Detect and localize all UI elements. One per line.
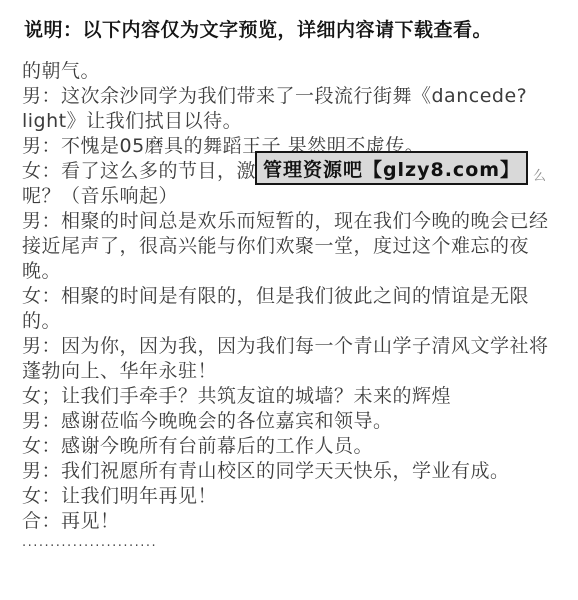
dialogue-line-female: 女：感谢今晚所有台前幕后的工作人员。 (22, 434, 562, 459)
text-line: 呢？（音乐响起） (22, 184, 562, 209)
text-line: 接近尾声了，很高兴能与你们欢聚一堂，度过这个难忘的夜 (22, 234, 562, 259)
watermark-text: 管理资源吧【glzy8.com】 (263, 155, 520, 182)
document-body: 的朝气。 男：这次余沙同学为我们带来了一段流行街舞《dancede? light… (22, 59, 562, 559)
dialogue-line-male: 男：我们祝愿所有青山校区的同学天天快乐，学业有成。 (22, 459, 562, 484)
text-line: light》让我们拭目以待。 (22, 109, 562, 134)
text-line: 的。 (22, 309, 562, 334)
preview-notice: 说明：以下内容仅为文字预览，详细内容请下载查看。 (24, 18, 492, 42)
dialogue-line-both: 合：再见！ (22, 509, 562, 534)
text-line: 蓬勃向上、华年永驻！ (22, 359, 562, 384)
text-line: 晚。 (22, 259, 562, 284)
document-preview-page: 说明：以下内容仅为文字预览，详细内容请下载查看。 的朝气。 男：这次余沙同学为我… (0, 0, 578, 600)
text-line: 的朝气。 (22, 59, 562, 84)
dialogue-line-male: 男：这次余沙同学为我们带来了一段流行街舞《dancede? (22, 84, 562, 109)
dialogue-line-female: 女；让我们手牵手？共筑友谊的城墙？未来的辉煌 (22, 384, 562, 409)
dialogue-line-female: 女：让我们明年再见！ (22, 484, 562, 509)
dialogue-line-male: 男：相聚的时间总是欢乐而短暂的，现在我们今晚的晚会已经 (22, 209, 562, 234)
dots-row: ························ (22, 534, 562, 559)
watermark-box: 管理资源吧【glzy8.com】 (255, 151, 528, 185)
partially-hidden-char: 么 (533, 165, 546, 184)
dialogue-line-male: 男：因为你，因为我，因为我们每一个青山学子清风文学社将 (22, 334, 562, 359)
dialogue-line-female: 女：相聚的时间是有限的，但是我们彼此之间的情谊是无限 (22, 284, 562, 309)
dialogue-line-male: 男：感谢莅临今晚晚会的各位嘉宾和领导。 (22, 409, 562, 434)
